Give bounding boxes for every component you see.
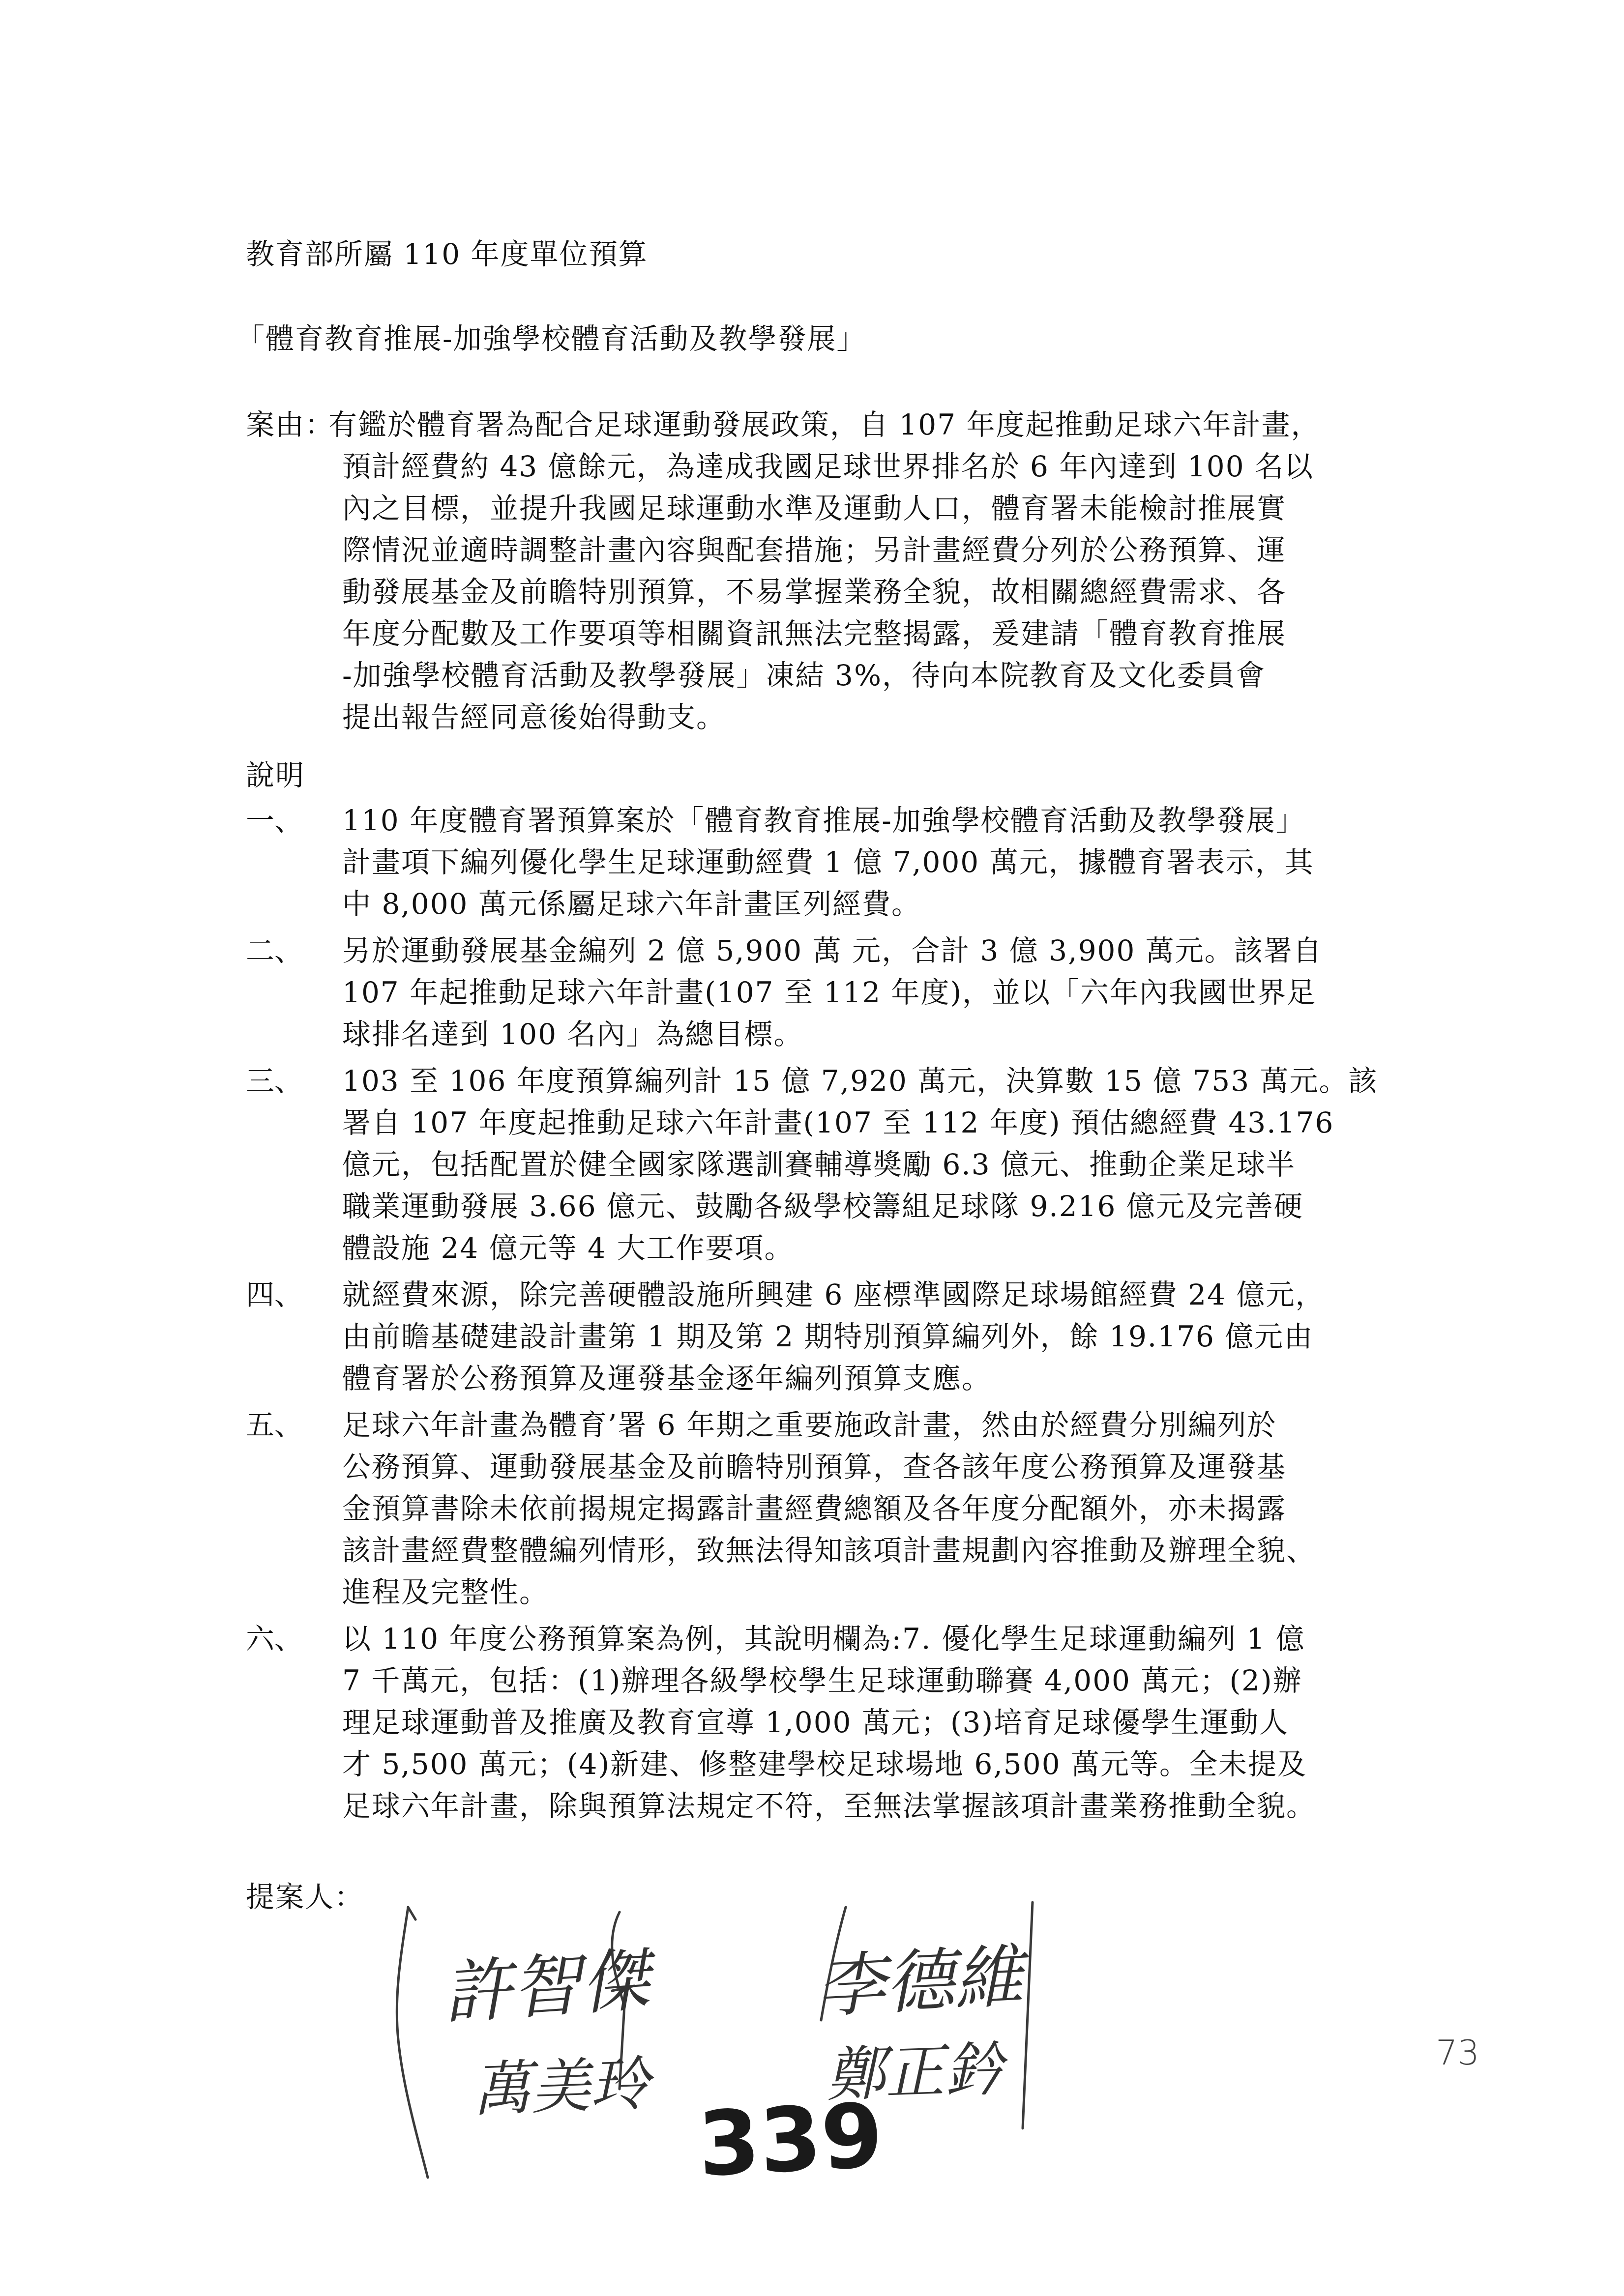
signature: 許智傑 [440,1925,652,2038]
signature: 萬美玲 [471,2037,650,2127]
corner-mark: 73 [1436,2033,1479,2073]
handwritten-page-number: 339 [696,2084,886,2196]
signature: 李德維 [814,1921,1025,2031]
document-page: 教育部所屬 110 年度單位預算 「體育教育推展-加強學校體育活動及教學發展」 … [0,0,1624,2296]
signature-strokes [0,0,1624,2296]
